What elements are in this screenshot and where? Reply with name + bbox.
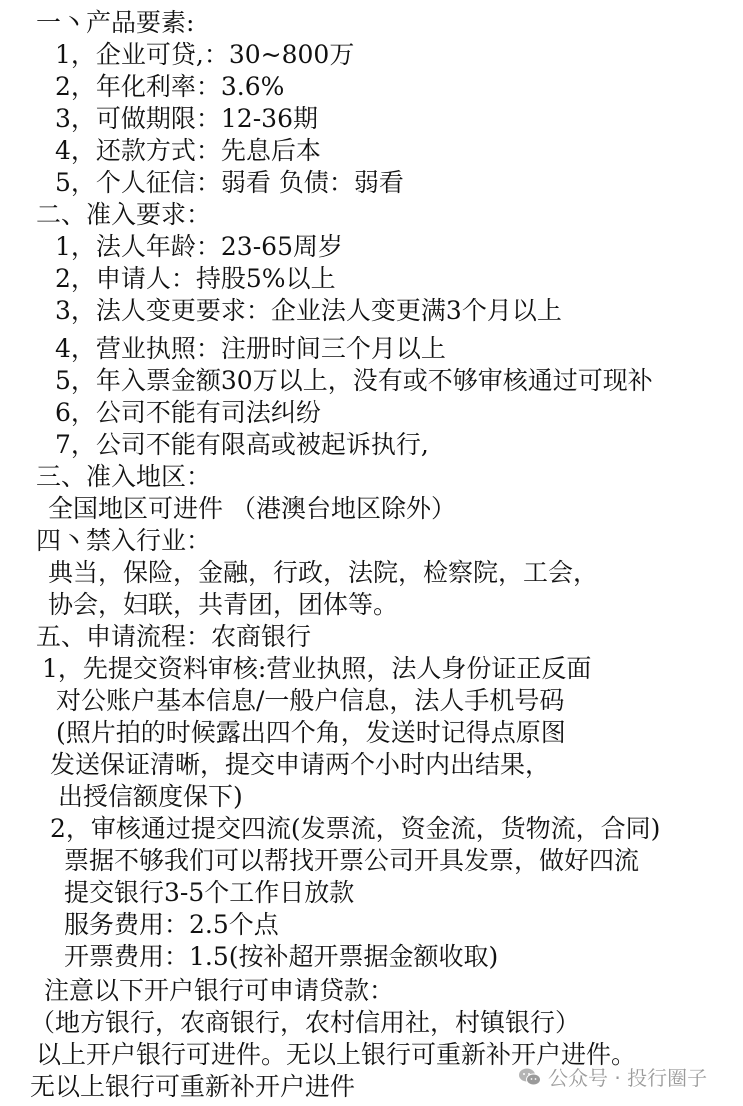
document-line: 3，可做期限：12-36期 <box>55 104 318 134</box>
document-line: 2，审核通过提交四流(发票流，资金流，货物流，合同) <box>50 814 660 844</box>
document-line: 四丶禁入行业： <box>36 526 211 556</box>
document-line: 1，法人年龄：23-65周岁 <box>55 232 343 262</box>
document-line: 五、申请流程：农商银行 <box>36 622 311 652</box>
document-line: 1，企业可贷,：30~800万 <box>55 40 354 70</box>
document-line: 服务费用：2.5个点 <box>64 910 279 940</box>
document-line: 3，法人变更要求：企业法人变更满3个月以上 <box>55 296 562 326</box>
document-line: 4，还款方式：先息后本 <box>55 136 321 166</box>
document-line: 5，年入票金额30万以上，没有或不够审核通过可现补 <box>55 366 653 396</box>
watermark: 公众号 · 投行圈子 <box>518 1062 707 1091</box>
watermark-text: 公众号 · 投行圈子 <box>548 1062 707 1091</box>
document-line: 注意以下开户银行可申请贷款： <box>44 976 394 1006</box>
document-line: 提交银行3-5个工作日放款 <box>64 878 354 908</box>
document-line: 二、准入要求： <box>36 200 211 230</box>
document-line: 2，申请人：持股5%以上 <box>55 264 336 294</box>
document-line: 7，公司不能有限高或被起诉执行, <box>55 430 429 460</box>
document-line: 三、准入地区： <box>36 462 211 492</box>
document-line: 5，个人征信：弱看 负债：弱看 <box>55 168 404 198</box>
document-line: 典当，保险，金融，行政，法院，检察院，工会， <box>48 558 598 588</box>
document-line: 1，先提交资料审核:营业执照，法人身份证正反面 <box>42 654 591 684</box>
document-line: （地方银行，农商银行，农村信用社，村镇银行） <box>30 1008 580 1038</box>
document-line: 发送保证清晰，提交申请两个小时内出结果， <box>50 750 550 780</box>
document-line: 对公账户基本信息/一般户信息，法人手机号码 <box>56 686 564 716</box>
document-line: 票据不够我们可以帮找开票公司开具发票，做好四流 <box>64 846 639 876</box>
document-line: 一丶产品要素: <box>36 8 194 38</box>
document-line: 2，年化利率：3.6% <box>55 72 284 102</box>
document-line: 6，公司不能有司法纠纷 <box>55 398 321 428</box>
document-line: 4，营业执照：注册时间三个月以上 <box>55 334 446 364</box>
wechat-icon <box>518 1067 542 1087</box>
document-line: (照片拍的时候露出四个角，发送时记得点原图 <box>56 718 566 748</box>
document-line: 出授信额度保下) <box>58 782 243 812</box>
document-line: 协会，妇联，共青团，团体等。 <box>48 590 398 620</box>
document-line: 开票费用：1.5(按补超开票据金额收取) <box>64 942 498 972</box>
document-line: 全国地区可进件 （港澳台地区除外） <box>48 494 456 524</box>
document-line: 无以上银行可重新补开户进件 <box>30 1072 355 1102</box>
